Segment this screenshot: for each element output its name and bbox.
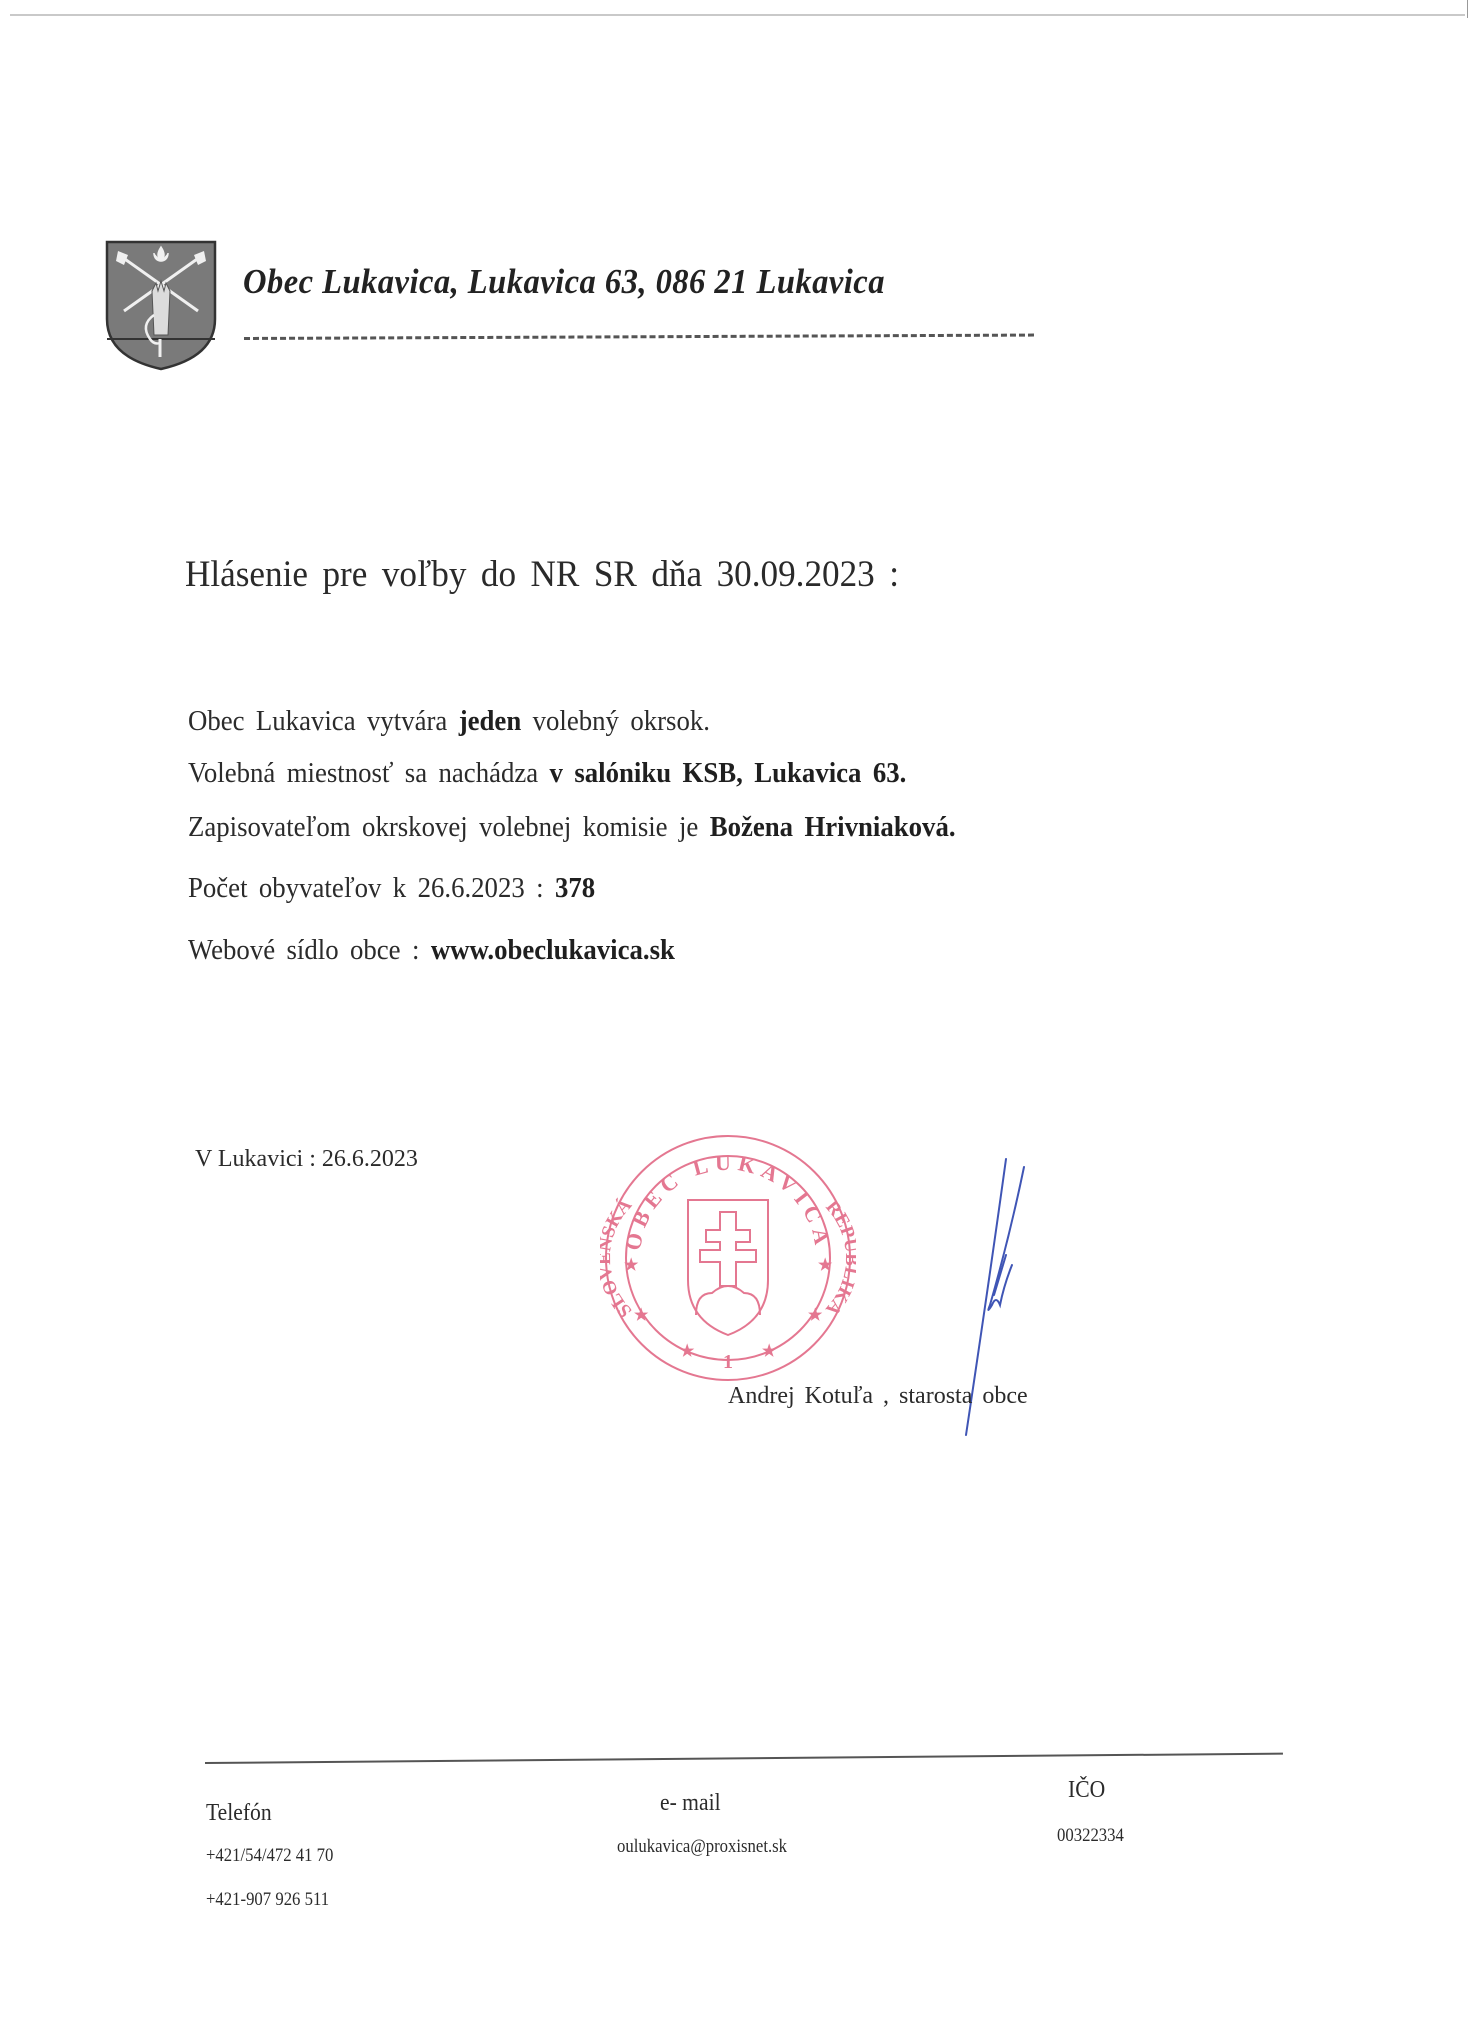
page-right-edge bbox=[1467, 0, 1468, 18]
ico-number: 00322334 bbox=[1057, 1825, 1124, 1847]
body-line-polling-room: Volebná miestnosť sa nachádza v salóniku… bbox=[188, 758, 906, 790]
email-address[interactable]: oulukavica@proxisnet.sk bbox=[617, 1836, 787, 1858]
page-top-edge bbox=[10, 14, 1465, 16]
signer-name-title: Andrej Kotuľa , starosta obce bbox=[728, 1383, 1028, 1410]
letterhead-divider bbox=[244, 334, 1034, 340]
body-bold-text: jeden bbox=[459, 706, 522, 737]
body-text: Volebná miestnosť sa nachádza bbox=[188, 758, 550, 789]
svg-text:1: 1 bbox=[723, 1351, 733, 1373]
body-line-population: Počet obyvateľov k 26.6.2023 : 378 bbox=[188, 873, 595, 905]
svg-text:★: ★ bbox=[624, 1257, 639, 1274]
letterhead-address: Obec Lukavica, Lukavica 63, 086 21 Lukav… bbox=[243, 262, 885, 302]
document-heading: Hlásenie pre voľby do NR SR dňa 30.09.20… bbox=[185, 553, 899, 596]
website-link[interactable]: www.obeclukavica.sk bbox=[431, 935, 675, 966]
svg-text:★: ★ bbox=[680, 1343, 695, 1360]
body-text: Obec Lukavica vytvára bbox=[188, 706, 459, 737]
ico-label: IČO bbox=[1068, 1777, 1105, 1804]
body-bold-text: v salóniku KSB, Lukavica 63. bbox=[550, 758, 907, 789]
body-line-recorder: Zapisovateľom okrskovej volebnej komisie… bbox=[188, 812, 956, 844]
svg-text:★: ★ bbox=[818, 1257, 833, 1274]
footer-divider bbox=[205, 1753, 1283, 1764]
svg-text:OBEC LUKAVICA: OBEC LUKAVICA bbox=[620, 1150, 836, 1253]
body-text: Webové sídlo obce : bbox=[188, 935, 431, 966]
svg-text:★: ★ bbox=[762, 1343, 777, 1360]
place-and-date: V Lukavici : 26.6.2023 bbox=[195, 1146, 418, 1173]
population-count: 378 bbox=[555, 873, 595, 904]
official-stamp-icon: OBEC LUKAVICA SLOVENSKÁ REPUBLIKA 1 ★ ★ … bbox=[600, 1130, 856, 1386]
body-text: volebný okrsok. bbox=[521, 706, 710, 737]
body-bold-text: Božena Hrivniaková. bbox=[710, 812, 956, 843]
mobile-number: +421-907 926 511 bbox=[206, 1889, 329, 1911]
body-text: Zapisovateľom okrskovej volebnej komisie… bbox=[188, 812, 710, 843]
coat-of-arms-icon bbox=[104, 239, 218, 371]
email-label: e- mail bbox=[660, 1790, 721, 1817]
body-line-website: Webové sídlo obce : www.obeclukavica.sk bbox=[188, 935, 675, 967]
svg-text:★: ★ bbox=[808, 1307, 823, 1324]
svg-text:★: ★ bbox=[634, 1307, 649, 1324]
phone-number: +421/54/472 41 70 bbox=[206, 1845, 333, 1867]
body-text: Počet obyvateľov k 26.6.2023 : bbox=[188, 873, 555, 904]
body-line-polling-district: Obec Lukavica vytvára jeden volebný okrs… bbox=[188, 706, 710, 738]
phone-label: Telefón bbox=[206, 1800, 272, 1827]
